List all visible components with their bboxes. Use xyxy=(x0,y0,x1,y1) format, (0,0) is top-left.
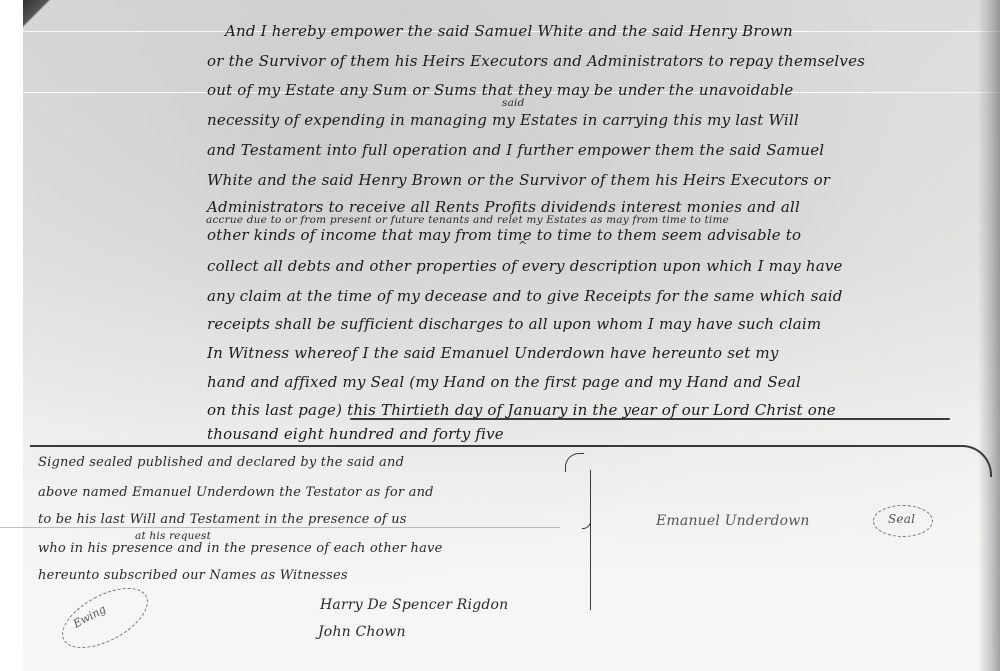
will-line-5: and Testament into full operation and I … xyxy=(207,141,824,159)
will-line-8: other kinds of income that may from time… xyxy=(207,226,801,244)
will-line-10: any claim at the time of my decease and … xyxy=(207,287,843,305)
attestation-line-4: who in his presence and in the presence … xyxy=(38,541,443,556)
stamp-oval xyxy=(53,576,158,661)
insertion-caret: ^ xyxy=(518,239,527,252)
will-line-11: receipts shall be sufficient discharges … xyxy=(207,315,821,333)
page-right-edge-shadow xyxy=(978,0,1000,671)
attestation-line-2: above named Emanuel Underdown the Testat… xyxy=(38,485,434,500)
attestation-line-5: hereunto subscribed our Names as Witness… xyxy=(38,568,348,583)
witness-signature-1: Harry De Spencer Rigdon xyxy=(320,597,508,613)
will-line-4: necessity of expending in managing my Es… xyxy=(207,111,799,129)
attestation-brace-lower xyxy=(590,560,591,610)
witness-signature-2: John Chown xyxy=(318,624,406,640)
attestation-line-3: to be his last Will and Testament in the… xyxy=(38,512,407,527)
scan-crease xyxy=(0,527,560,528)
date-underline xyxy=(350,418,950,420)
will-line-15: thousand eight hundred and forty five xyxy=(207,425,504,443)
will-line-13: hand and affixed my Seal (my Hand on the… xyxy=(207,373,801,391)
will-line-3: out of my Estate any Sum or Sums that th… xyxy=(207,81,794,99)
testator-signature: Emanuel Underdown xyxy=(656,513,810,529)
interlineation-said: said xyxy=(502,97,525,109)
will-line-1: And I hereby empower the said Samuel Whi… xyxy=(225,22,793,40)
left-scan-margin xyxy=(0,0,23,671)
will-line-9: collect all debts and other properties o… xyxy=(207,257,843,275)
page-corner-fold xyxy=(23,0,51,28)
will-line-12: In Witness whereof I the said Emanuel Un… xyxy=(207,344,779,362)
will-line-6: White and the said Henry Brown or the Su… xyxy=(207,171,830,189)
attestation-line-1: Signed sealed published and declared by … xyxy=(38,455,404,470)
seal-label: Seal xyxy=(888,512,915,526)
scanned-document-page: And I hereby empower the said Samuel Whi… xyxy=(0,0,1000,671)
will-line-14: on this last page) this Thirtieth day of… xyxy=(207,401,836,419)
attestation-brace xyxy=(590,470,591,560)
will-line-2: or the Survivor of them his Heirs Execut… xyxy=(207,52,865,70)
interlineation-accrue: accrue due to or from present or future … xyxy=(206,214,729,226)
